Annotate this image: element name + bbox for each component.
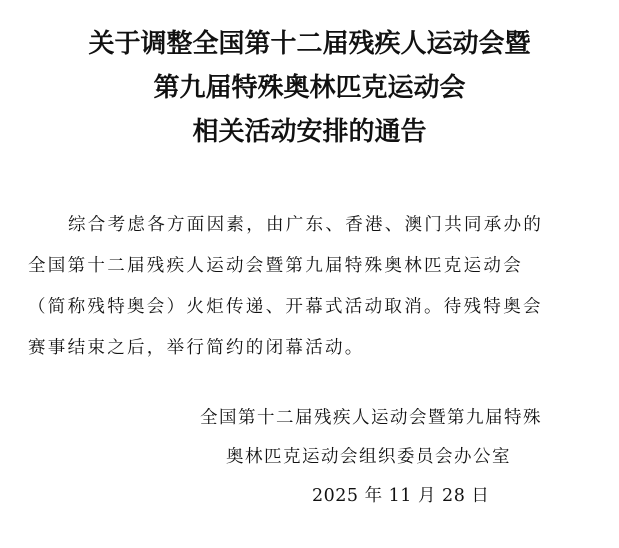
- body-line-3: （简称残特奥会）火炬传递、开幕式活动取消。待残特奥会: [28, 287, 594, 328]
- signature-block: 全国第十二届残疾人运动会暨第九届特殊 奥林匹克运动会组织委员会办公室 2025 …: [0, 399, 619, 516]
- signature-date: 2025 年 11 月 28 日: [0, 477, 619, 516]
- title-line-2: 第九届特殊奥林匹克运动会: [0, 66, 619, 110]
- title-line-3: 相关活动安排的通告: [0, 110, 619, 154]
- signature-org-line-1: 全国第十二届残疾人运动会暨第九届特殊: [0, 399, 619, 438]
- body-line-2: 全国第十二届残疾人运动会暨第九届特殊奥林匹克运动会: [28, 246, 594, 287]
- title-line-1: 关于调整全国第十二届残疾人运动会暨: [0, 22, 619, 66]
- notice-body: 综合考虑各方面因素，由广东、香港、澳门共同承办的 全国第十二届残疾人运动会暨第九…: [28, 205, 594, 369]
- body-line-4: 赛事结束之后，举行简约的闭幕活动。: [28, 328, 594, 369]
- signature-org-line-2: 奥林匹克运动会组织委员会办公室: [0, 438, 619, 477]
- body-line-1: 综合考虑各方面因素，由广东、香港、澳门共同承办的: [28, 205, 594, 246]
- notice-title: 关于调整全国第十二届残疾人运动会暨 第九届特殊奥林匹克运动会 相关活动安排的通告: [0, 22, 619, 154]
